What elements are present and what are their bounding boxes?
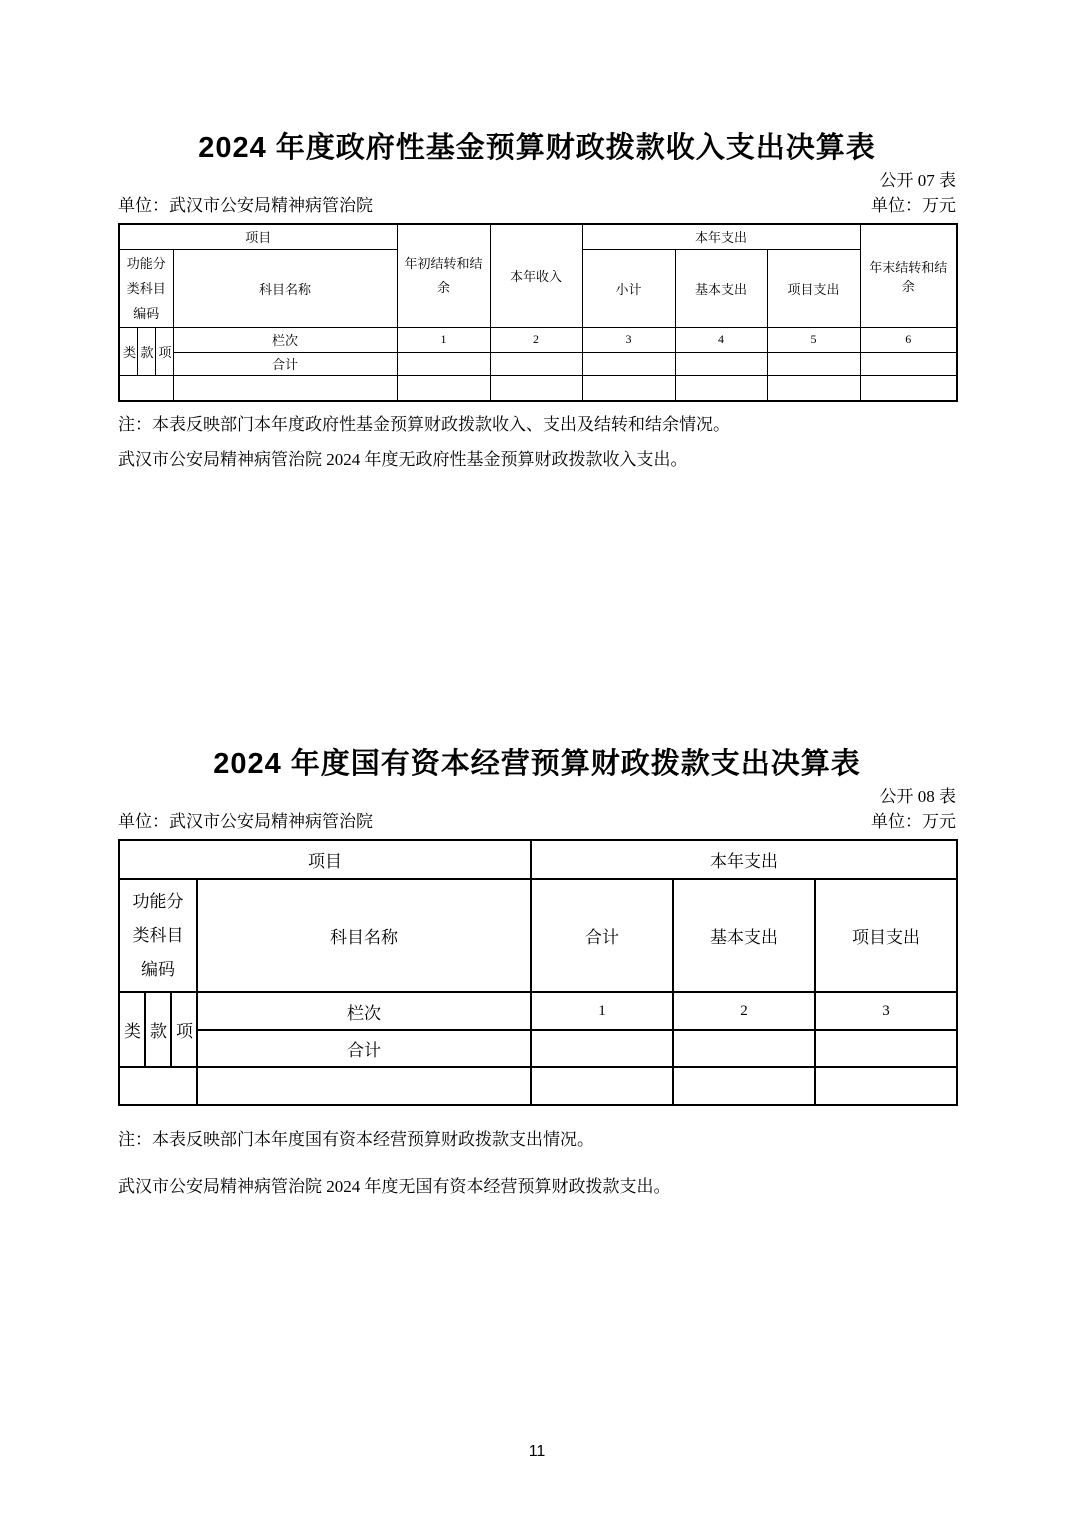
rank-row: 类 款 项 栏次 1 2 3 xyxy=(119,992,957,1030)
total-value-cell xyxy=(397,352,490,375)
state-capital-statement: 武汉市公安局精神病管治院 2024 年度无国有资本经营预算财政拨款支出。 xyxy=(118,1176,956,1198)
rank-number-cell: 2 xyxy=(490,327,582,352)
gov-fund-table-number: 公开 07 表 xyxy=(118,170,956,191)
total-value-cell xyxy=(490,352,582,375)
rank-number-cell: 3 xyxy=(815,992,957,1030)
document-page: 2024 年度政府性基金预算财政拨款收入支出决算表 公开 07 表 单位：武汉市… xyxy=(0,0,1074,1520)
section-state-capital: 2024 年度国有资本经营预算财政拨款支出决算表 公开 08 表 单位：武汉市公… xyxy=(118,747,956,1198)
total-value-cell xyxy=(815,1030,957,1067)
empty-value-cell xyxy=(531,1067,673,1105)
header-cell-class: 类 xyxy=(119,992,145,1067)
header-cell-class: 类 xyxy=(119,327,137,375)
header-cell-item: 项 xyxy=(171,992,197,1067)
empty-code-cell xyxy=(119,375,173,401)
state-capital-unit-row: 单位：武汉市公安局精神病管治院 单位：万元 xyxy=(118,811,956,832)
gov-fund-unit-row: 单位：武汉市公安局精神病管治院 单位：万元 xyxy=(118,195,956,216)
header-cell-project: 项目 xyxy=(119,224,397,249)
header-row-2: 功能分类科目编码 科目名称 合计 基本支出 项目支出 xyxy=(119,879,957,992)
header-cell-project-expense: 项目支出 xyxy=(815,879,957,992)
empty-value-cell xyxy=(397,375,490,401)
empty-value-cell xyxy=(675,375,767,401)
rank-label-cell: 栏次 xyxy=(173,327,397,352)
empty-data-row xyxy=(119,375,957,401)
header-cell-section: 款 xyxy=(145,992,171,1067)
rank-number-cell: 6 xyxy=(860,327,957,352)
empty-subject-cell xyxy=(197,1067,531,1105)
empty-data-row xyxy=(119,1067,957,1105)
rank-number-cell: 2 xyxy=(673,992,815,1030)
gov-fund-unit-name: 单位：武汉市公安局精神病管治院 xyxy=(118,195,373,216)
rank-number-cell: 5 xyxy=(767,327,860,352)
empty-value-cell xyxy=(767,375,860,401)
empty-value-cell xyxy=(673,1067,815,1105)
header-cell-subject-name: 科目名称 xyxy=(197,879,531,992)
total-label-cell: 合计 xyxy=(173,352,397,375)
gov-fund-unit-measure: 单位：万元 xyxy=(871,195,956,216)
state-capital-table-number: 公开 08 表 xyxy=(118,786,956,807)
header-cell-func-code: 功能分类科目编码 xyxy=(119,879,197,992)
total-value-cell xyxy=(675,352,767,375)
gov-fund-statement: 武汉市公安局精神病管治院 2024 年度无政府性基金预算财政拨款收入支出。 xyxy=(118,449,956,471)
empty-value-cell xyxy=(815,1067,957,1105)
empty-subject-cell xyxy=(173,375,397,401)
page-number: 11 xyxy=(0,1443,1074,1461)
total-value-cell xyxy=(767,352,860,375)
state-capital-note: 注：本表反映部门本年度国有资本经营预算财政拨款支出情况。 xyxy=(118,1129,956,1151)
total-label-cell: 合计 xyxy=(197,1030,531,1067)
state-capital-title: 2024 年度国有资本经营预算财政拨款支出决算表 xyxy=(118,747,956,781)
rank-number-cell: 3 xyxy=(582,327,675,352)
header-cell-project-expense: 项目支出 xyxy=(767,249,860,327)
header-row-1: 项目 年初结转和结余 本年收入 本年支出 年末结转和结余 xyxy=(119,224,957,249)
total-value-cell xyxy=(582,352,675,375)
rank-number-cell: 1 xyxy=(397,327,490,352)
header-cell-current-expense: 本年支出 xyxy=(582,224,860,249)
empty-value-cell xyxy=(582,375,675,401)
total-value-cell xyxy=(531,1030,673,1067)
section-gov-fund: 2024 年度政府性基金预算财政拨款收入支出决算表 公开 07 表 单位：武汉市… xyxy=(118,0,956,471)
state-capital-table: 项目 本年支出 功能分类科目编码 科目名称 合计 基本支出 项目支出 类 款 项… xyxy=(118,839,958,1106)
header-cell-current-income: 本年收入 xyxy=(490,224,582,327)
gov-fund-title: 2024 年度政府性基金预算财政拨款收入支出决算表 xyxy=(118,0,956,165)
state-capital-unit-measure: 单位：万元 xyxy=(871,811,956,832)
header-cell-end-balance: 年末结转和结余 xyxy=(860,224,957,327)
header-cell-section: 款 xyxy=(137,327,155,375)
empty-value-cell xyxy=(860,375,957,401)
header-cell-total: 合计 xyxy=(531,879,673,992)
total-row: 合计 xyxy=(119,1030,957,1067)
header-cell-project: 项目 xyxy=(119,840,531,879)
header-cell-func-code: 功能分类科目编码 xyxy=(119,249,173,327)
state-capital-unit-name: 单位：武汉市公安局精神病管治院 xyxy=(118,811,373,832)
header-cell-basic-expense: 基本支出 xyxy=(675,249,767,327)
header-cell-subtotal: 小计 xyxy=(582,249,675,327)
header-cell-item: 项 xyxy=(155,327,173,375)
empty-value-cell xyxy=(490,375,582,401)
header-cell-current-expense: 本年支出 xyxy=(531,840,957,879)
header-cell-subject-name: 科目名称 xyxy=(173,249,397,327)
header-cell-begin-balance: 年初结转和结余 xyxy=(397,224,490,327)
total-value-cell xyxy=(673,1030,815,1067)
header-row-1: 项目 本年支出 xyxy=(119,840,957,879)
header-cell-basic-expense: 基本支出 xyxy=(673,879,815,992)
gov-fund-table: 项目 年初结转和结余 本年收入 本年支出 年末结转和结余 功能分类科目编码 科目… xyxy=(118,223,958,402)
page-content: 2024 年度政府性基金预算财政拨款收入支出决算表 公开 07 表 单位：武汉市… xyxy=(118,0,956,1198)
total-value-cell xyxy=(860,352,957,375)
rank-number-cell: 1 xyxy=(531,992,673,1030)
rank-number-cell: 4 xyxy=(675,327,767,352)
gov-fund-note: 注：本表反映部门本年度政府性基金预算财政拨款收入、支出及结转和结余情况。 xyxy=(118,414,956,436)
total-row: 合计 xyxy=(119,352,957,375)
empty-code-cell xyxy=(119,1067,197,1105)
rank-label-cell: 栏次 xyxy=(197,992,531,1030)
rank-row: 类 款 项 栏次 1 2 3 4 5 6 xyxy=(119,327,957,352)
